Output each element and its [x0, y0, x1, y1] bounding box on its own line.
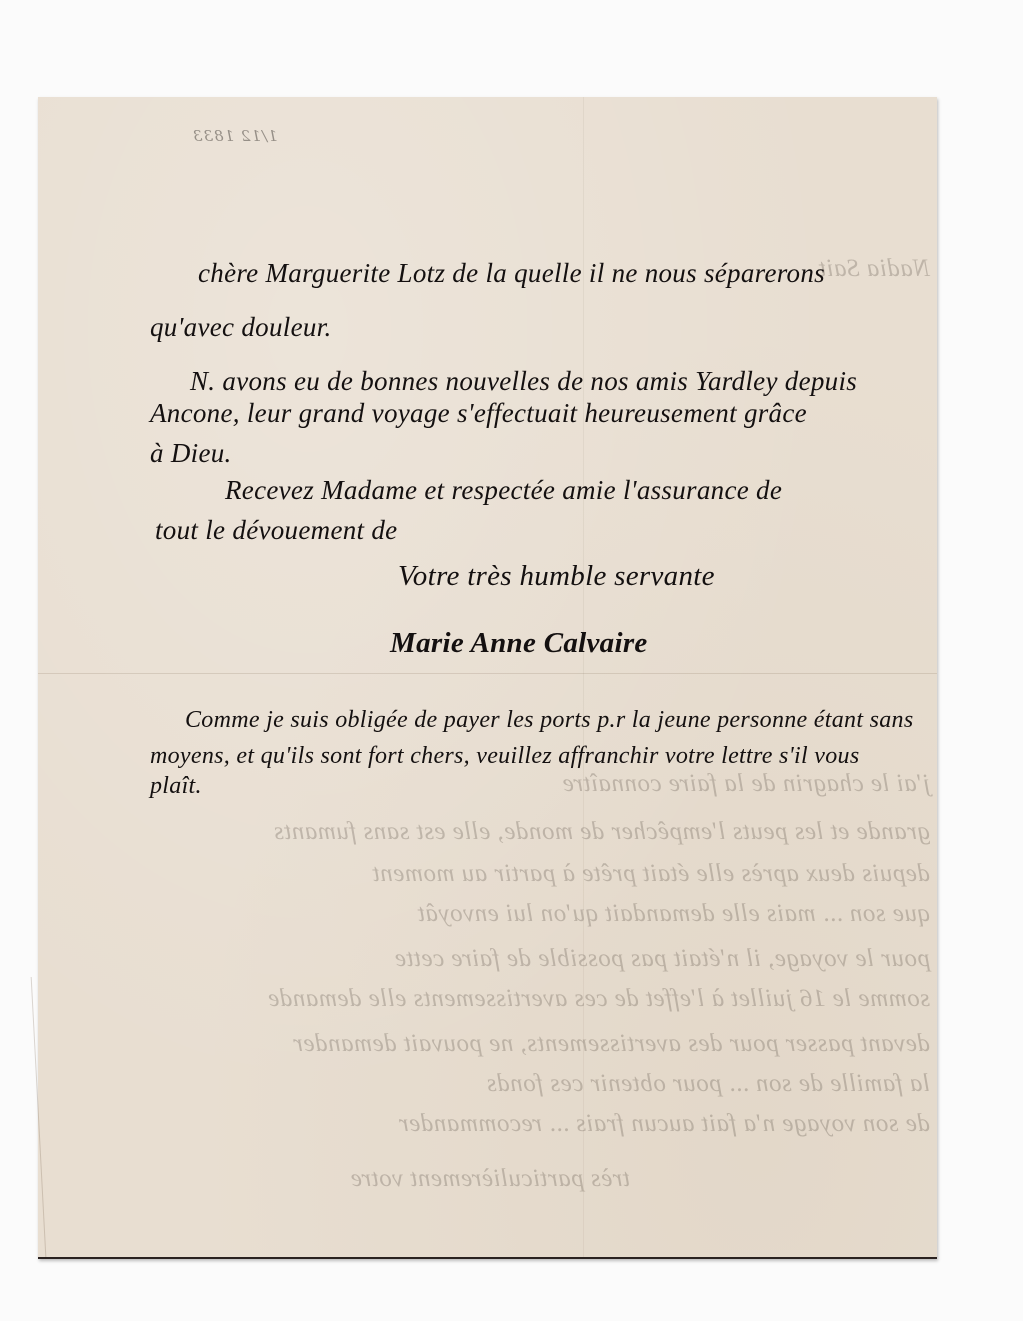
postscript-line: plaît.	[150, 773, 202, 800]
letter-line: N. avons eu de bonnes nouvelles de nos a…	[190, 366, 857, 397]
letter-line: Ancone, leur grand voyage s'effectuait h…	[150, 398, 807, 429]
bleed-through-line: que son ... mais elle demandait qu'on lu…	[70, 900, 930, 928]
letter-line: qu'avec douleur.	[150, 312, 332, 343]
bleed-through-line: depuis deux après elle était prête à par…	[70, 860, 930, 888]
bleed-through-line: devant passer pour des avertissements, n…	[70, 1030, 930, 1058]
horizontal-fold-line	[38, 673, 937, 674]
bleed-through-line: pour le voyage, il n'était pas possible …	[70, 945, 930, 973]
postscript-line: moyens, et qu'ils sont fort chers, veuil…	[150, 743, 860, 770]
letter-line: Recevez Madame et respectée amie l'assur…	[225, 475, 782, 506]
closing-line: Votre très humble servante	[398, 560, 715, 593]
bleed-through-line: somme le 16 juillet à l'effet de ces ave…	[70, 985, 930, 1013]
letter-line: chère Marguerite Lotz de la quelle il ne…	[198, 258, 825, 289]
bleed-through-line: grande et les peuts l'empêcher de monde,…	[70, 818, 930, 846]
letter-line: tout le dévouement de	[155, 515, 397, 546]
pencil-date-annotation: 1/12 1833	[192, 127, 278, 145]
signature: Marie Anne Calvaire	[390, 627, 648, 660]
bleed-through-line: la famille de son ... pour obtenir ces f…	[70, 1070, 930, 1098]
postscript-line: Comme je suis obligée de payer les ports…	[185, 707, 913, 734]
letter-line: à Dieu.	[150, 438, 232, 469]
bleed-through-line: de son voyage n'a fait aucun frais ... r…	[70, 1110, 930, 1138]
bleed-through-line: très particulièrement votre	[0, 1165, 630, 1193]
